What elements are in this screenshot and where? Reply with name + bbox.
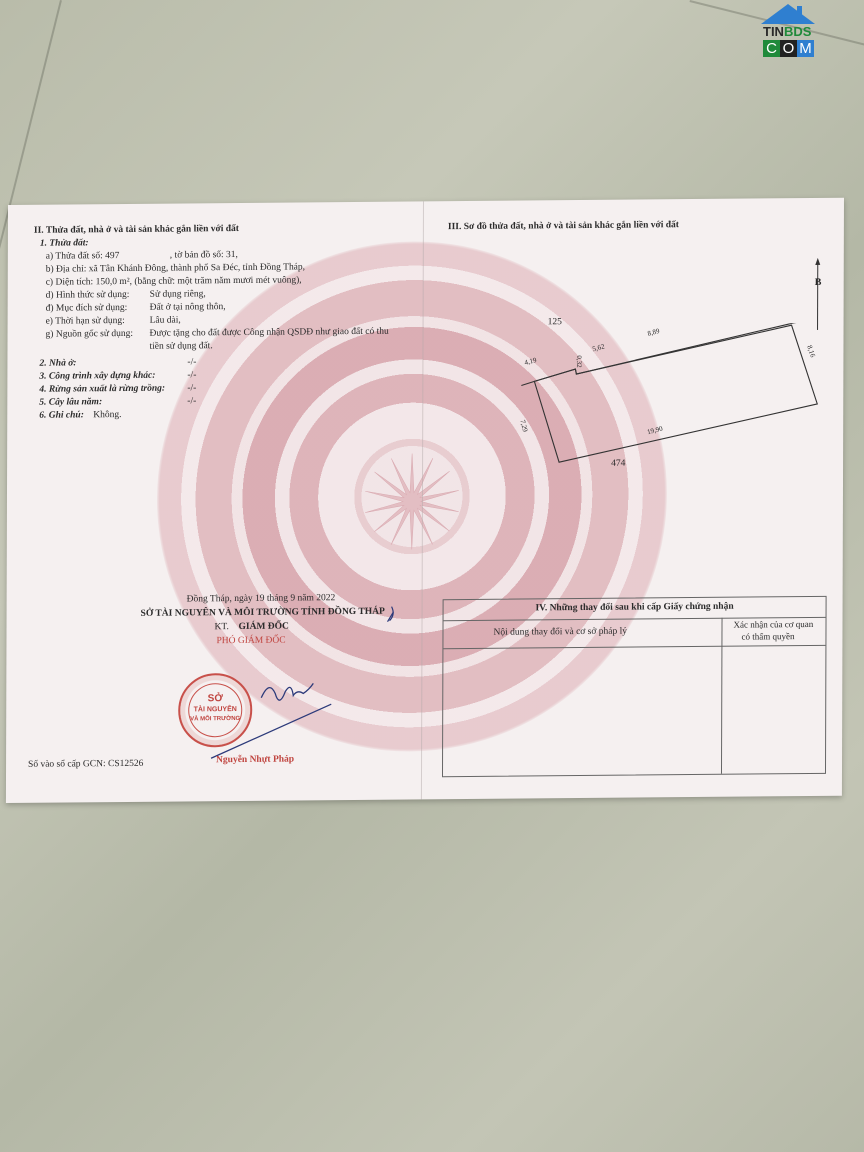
forest-value: -/- (187, 384, 196, 394)
note-label: 6. Ghi chú: (39, 411, 84, 421)
forest-label: 4. Rừng sản xuất là rừng trồng: (39, 385, 165, 396)
section-iii-title: III. Sơ đồ thửa đất, nhà ở và tài sản kh… (448, 221, 679, 233)
parcel-subtitle: 1. Thửa đất: (40, 239, 89, 249)
usage-purpose-label: đ) Mục đích sử dụng: (46, 304, 128, 314)
house-label: 2. Nhà ở: (39, 359, 76, 369)
area: c) Diện tích: 150,0 m², (bằng chữ: một t… (46, 276, 302, 288)
signer-name: Nguyễn Nhựt Pháp (216, 756, 294, 766)
usage-purpose-value: Đất ở tại nông thôn, (150, 303, 226, 313)
perennial-label: 5. Cây lâu năm: (39, 398, 102, 408)
north-arrow-icon (808, 258, 828, 333)
land-use-certificate: II. Thửa đất, nhà ở và tài sản khác gắn … (6, 198, 844, 803)
column-header-content: Nội dung thay đổi và cơ sở pháp lý (493, 628, 627, 639)
edge-length: 0,32 (575, 355, 582, 367)
changes-after-issuance-table: IV. Những thay đổi sau khi cấp Giấy chứn… (442, 596, 827, 777)
column-header-confirmation: Xác nhận của cơ quan (733, 620, 813, 630)
house-value: -/- (187, 358, 196, 368)
address: b) Địa chỉ: xã Tân Khánh Đông, thành phố… (46, 263, 305, 275)
perennial-value: -/- (187, 397, 196, 407)
other-construction-label: 3. Công trình xây dựng khác: (39, 372, 155, 383)
note-value: Không. (93, 411, 121, 421)
usage-term-value: Lâu dài, (150, 316, 181, 326)
neighbor-parcel-south: 474 (611, 460, 625, 470)
usage-form-value: Sử dụng riêng, (150, 290, 206, 300)
drum-star-icon (362, 451, 462, 552)
house-roof-icon (761, 4, 815, 24)
usage-form-label: d) Hình thức sử dụng: (46, 291, 130, 301)
certificate-registry-number: Số vào sổ cấp GCN: CS12526 (28, 760, 143, 771)
column-header-confirmation-cont: có thẩm quyền (741, 632, 794, 641)
table-title: IV. Những thay đổi sau khi cấp Giấy chứn… (444, 602, 826, 615)
north-label: B (815, 278, 822, 288)
map-sheet-number: , tờ bản đồ số: 31, (170, 251, 238, 261)
origin-value-cont: tiền sử dụng đất. (149, 342, 212, 352)
edge-length: 7,29 (518, 419, 528, 433)
section-ii-title: II. Thửa đất, nhà ở và tài sản khác gắn … (34, 225, 239, 236)
usage-term-label: e) Thời hạn sử dụng: (46, 317, 125, 327)
neighbor-parcel-north: 125 (548, 318, 562, 328)
tinbds-watermark-logo: TINBDS C O M (757, 4, 819, 62)
parcel-number: a) Thửa đất số: 497 (46, 252, 120, 262)
origin-label: g) Nguồn gốc sử dụng: (46, 330, 134, 340)
parcel-map (517, 323, 827, 466)
other-construction-value: -/- (187, 371, 196, 381)
